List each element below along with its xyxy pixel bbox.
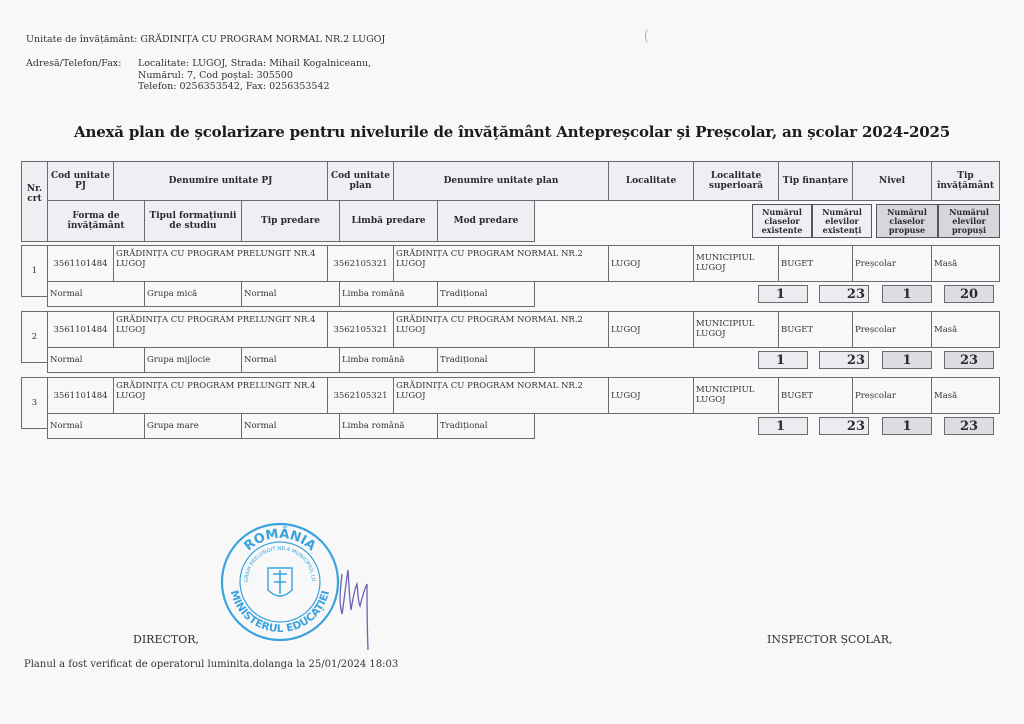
header-mod-predare: Mod predare [437, 200, 535, 242]
row-elevi-existenti: 23 [819, 417, 869, 435]
row-den-plan: GRĂDINIȚA CU PROGRAM NORMAL NR.2 LUGOJ [393, 245, 609, 282]
row-mod-predare: Tradițional [437, 347, 535, 373]
header-localitate: Localitate [608, 161, 694, 201]
official-stamp: ROMÂNIA MINISTERUL EDUCAȚIEI GRĂDINIȚA C… [218, 520, 342, 644]
unit-name: GRĂDINIȚA CU PROGRAM NORMAL NR.2 LUGOJ [140, 34, 385, 45]
row-limba-predare: Limba română [339, 281, 438, 307]
row-clase-existente: 1 [758, 285, 808, 303]
header-limba-predare: Limbă predare [339, 200, 438, 242]
row-nivel: Preșcolar [852, 377, 932, 414]
row-localitate-superioara: MUNICIPIUL LUGOJ [693, 311, 779, 348]
header-cod-plan: Cod unitate plan [327, 161, 394, 201]
row-clase-propuse: 1 [882, 285, 932, 303]
row-nivel: Preșcolar [852, 245, 932, 282]
verification-footer: Planul a fost verificat de operatorul lu… [24, 659, 398, 670]
header-localitate-superioara: Localitate superioară [693, 161, 779, 201]
header-elevi-existenti: Numărul elevilor existenți [812, 204, 872, 238]
director-label: DIRECTOR, [133, 633, 199, 646]
address-block: Localitate: LUGOJ, Strada: Mihail Kogaln… [138, 58, 371, 93]
address-line: Localitate: LUGOJ, Strada: Mihail Kogaln… [138, 58, 371, 70]
header-clase-existente: Numărul claselor existente [752, 204, 812, 238]
row-cod-plan: 3562105321 [327, 377, 394, 414]
header-tip-predare: Tip predare [241, 200, 340, 242]
address-line: Telefon: 0256353542, Fax: 0256353542 [138, 81, 371, 93]
row-elevi-existenti: 23 [819, 285, 869, 303]
row-forma: Normal [47, 281, 145, 307]
header-elevi-propusi: Numărul elevilor propuși [938, 204, 1000, 238]
row-clase-existente: 1 [758, 351, 808, 369]
row-localitate-superioara: MUNICIPIUL LUGOJ [693, 377, 779, 414]
row-forma: Normal [47, 413, 145, 439]
header-forma: Forma de învățământ [47, 200, 145, 242]
header-cod-pj: Cod unitate PJ [47, 161, 114, 201]
row-den-plan: GRĂDINIȚA CU PROGRAM NORMAL NR.2 LUGOJ [393, 311, 609, 348]
header-den-pj: Denumire unitate PJ [113, 161, 328, 201]
row-elevi-propusi: 20 [944, 285, 994, 303]
stray-mark [645, 28, 654, 44]
row-localitate: LUGOJ [608, 245, 694, 282]
address-label: Adresă/Telefon/Fax: [26, 58, 121, 69]
row-den-pj: GRĂDINIȚA CU PROGRAM PRELUNGIT NR.4 LUGO… [113, 245, 328, 282]
row-nr: 3 [21, 377, 48, 429]
row-localitate: LUGOJ [608, 311, 694, 348]
row-tip-invatamant: Masă [931, 311, 1000, 348]
row-cod-plan: 3562105321 [327, 245, 394, 282]
row-tip-invatamant: Masă [931, 245, 1000, 282]
header-den-plan: Denumire unitate plan [393, 161, 609, 201]
row-forma: Normal [47, 347, 145, 373]
row-nr: 1 [21, 245, 48, 297]
row-localitate-superioara: MUNICIPIUL LUGOJ [693, 245, 779, 282]
row-localitate: LUGOJ [608, 377, 694, 414]
header-tip-finantare: Tip finanțare [778, 161, 853, 201]
row-cod-pj: 3561101484 [47, 377, 114, 414]
row-tip-invatamant: Masă [931, 377, 1000, 414]
row-cod-plan: 3562105321 [327, 311, 394, 348]
row-nivel: Preșcolar [852, 311, 932, 348]
row-tip-finantare: BUGET [778, 311, 853, 348]
row-den-plan: GRĂDINIȚA CU PROGRAM NORMAL NR.2 LUGOJ [393, 377, 609, 414]
row-elevi-existenti: 23 [819, 351, 869, 369]
row-nr: 2 [21, 311, 48, 363]
row-tip-predare: Normal [241, 347, 340, 373]
row-mod-predare: Tradițional [437, 413, 535, 439]
row-limba-predare: Limba română [339, 347, 438, 373]
row-tip-predare: Normal [241, 413, 340, 439]
row-limba-predare: Limba română [339, 413, 438, 439]
row-tip-finantare: BUGET [778, 377, 853, 414]
row-elevi-propusi: 23 [944, 351, 994, 369]
unit-label: Unitate de învățământ: [26, 34, 137, 45]
row-mod-predare: Tradițional [437, 281, 535, 307]
row-clase-propuse: 1 [882, 351, 932, 369]
row-tipul-formatiunii: Grupa mare [144, 413, 242, 439]
row-cod-pj: 3561101484 [47, 311, 114, 348]
header-tip-invatamant: Tip învățământ [931, 161, 1000, 201]
row-elevi-propusi: 23 [944, 417, 994, 435]
row-den-pj: GRĂDINIȚA CU PROGRAM PRELUNGIT NR.4 LUGO… [113, 377, 328, 414]
row-tip-predare: Normal [241, 281, 340, 307]
row-clase-existente: 1 [758, 417, 808, 435]
address-line: Numărul: 7, Cod poștal: 305500 [138, 70, 371, 82]
row-tipul-formatiunii: Grupa mijlocie [144, 347, 242, 373]
row-tip-finantare: BUGET [778, 245, 853, 282]
unit-line: Unitate de învățământ: GRĂDINIȚA CU PROG… [26, 34, 385, 45]
inspector-label: INSPECTOR ȘCOLAR, [767, 633, 893, 646]
header-nivel: Nivel [852, 161, 932, 201]
director-signature [336, 562, 376, 654]
header-clase-propuse: Numărul claselor propuse [876, 204, 938, 238]
page-title: Anexă plan de școlarizare pentru nivelur… [0, 123, 1024, 141]
row-den-pj: GRĂDINIȚA CU PROGRAM PRELUNGIT NR.4 LUGO… [113, 311, 328, 348]
row-cod-pj: 3561101484 [47, 245, 114, 282]
header-tipul-formatiunii: Tipul formațiunii de studiu [144, 200, 242, 242]
header-nr-crt: Nr. crt [21, 161, 48, 242]
row-clase-propuse: 1 [882, 417, 932, 435]
row-tipul-formatiunii: Grupa mică [144, 281, 242, 307]
